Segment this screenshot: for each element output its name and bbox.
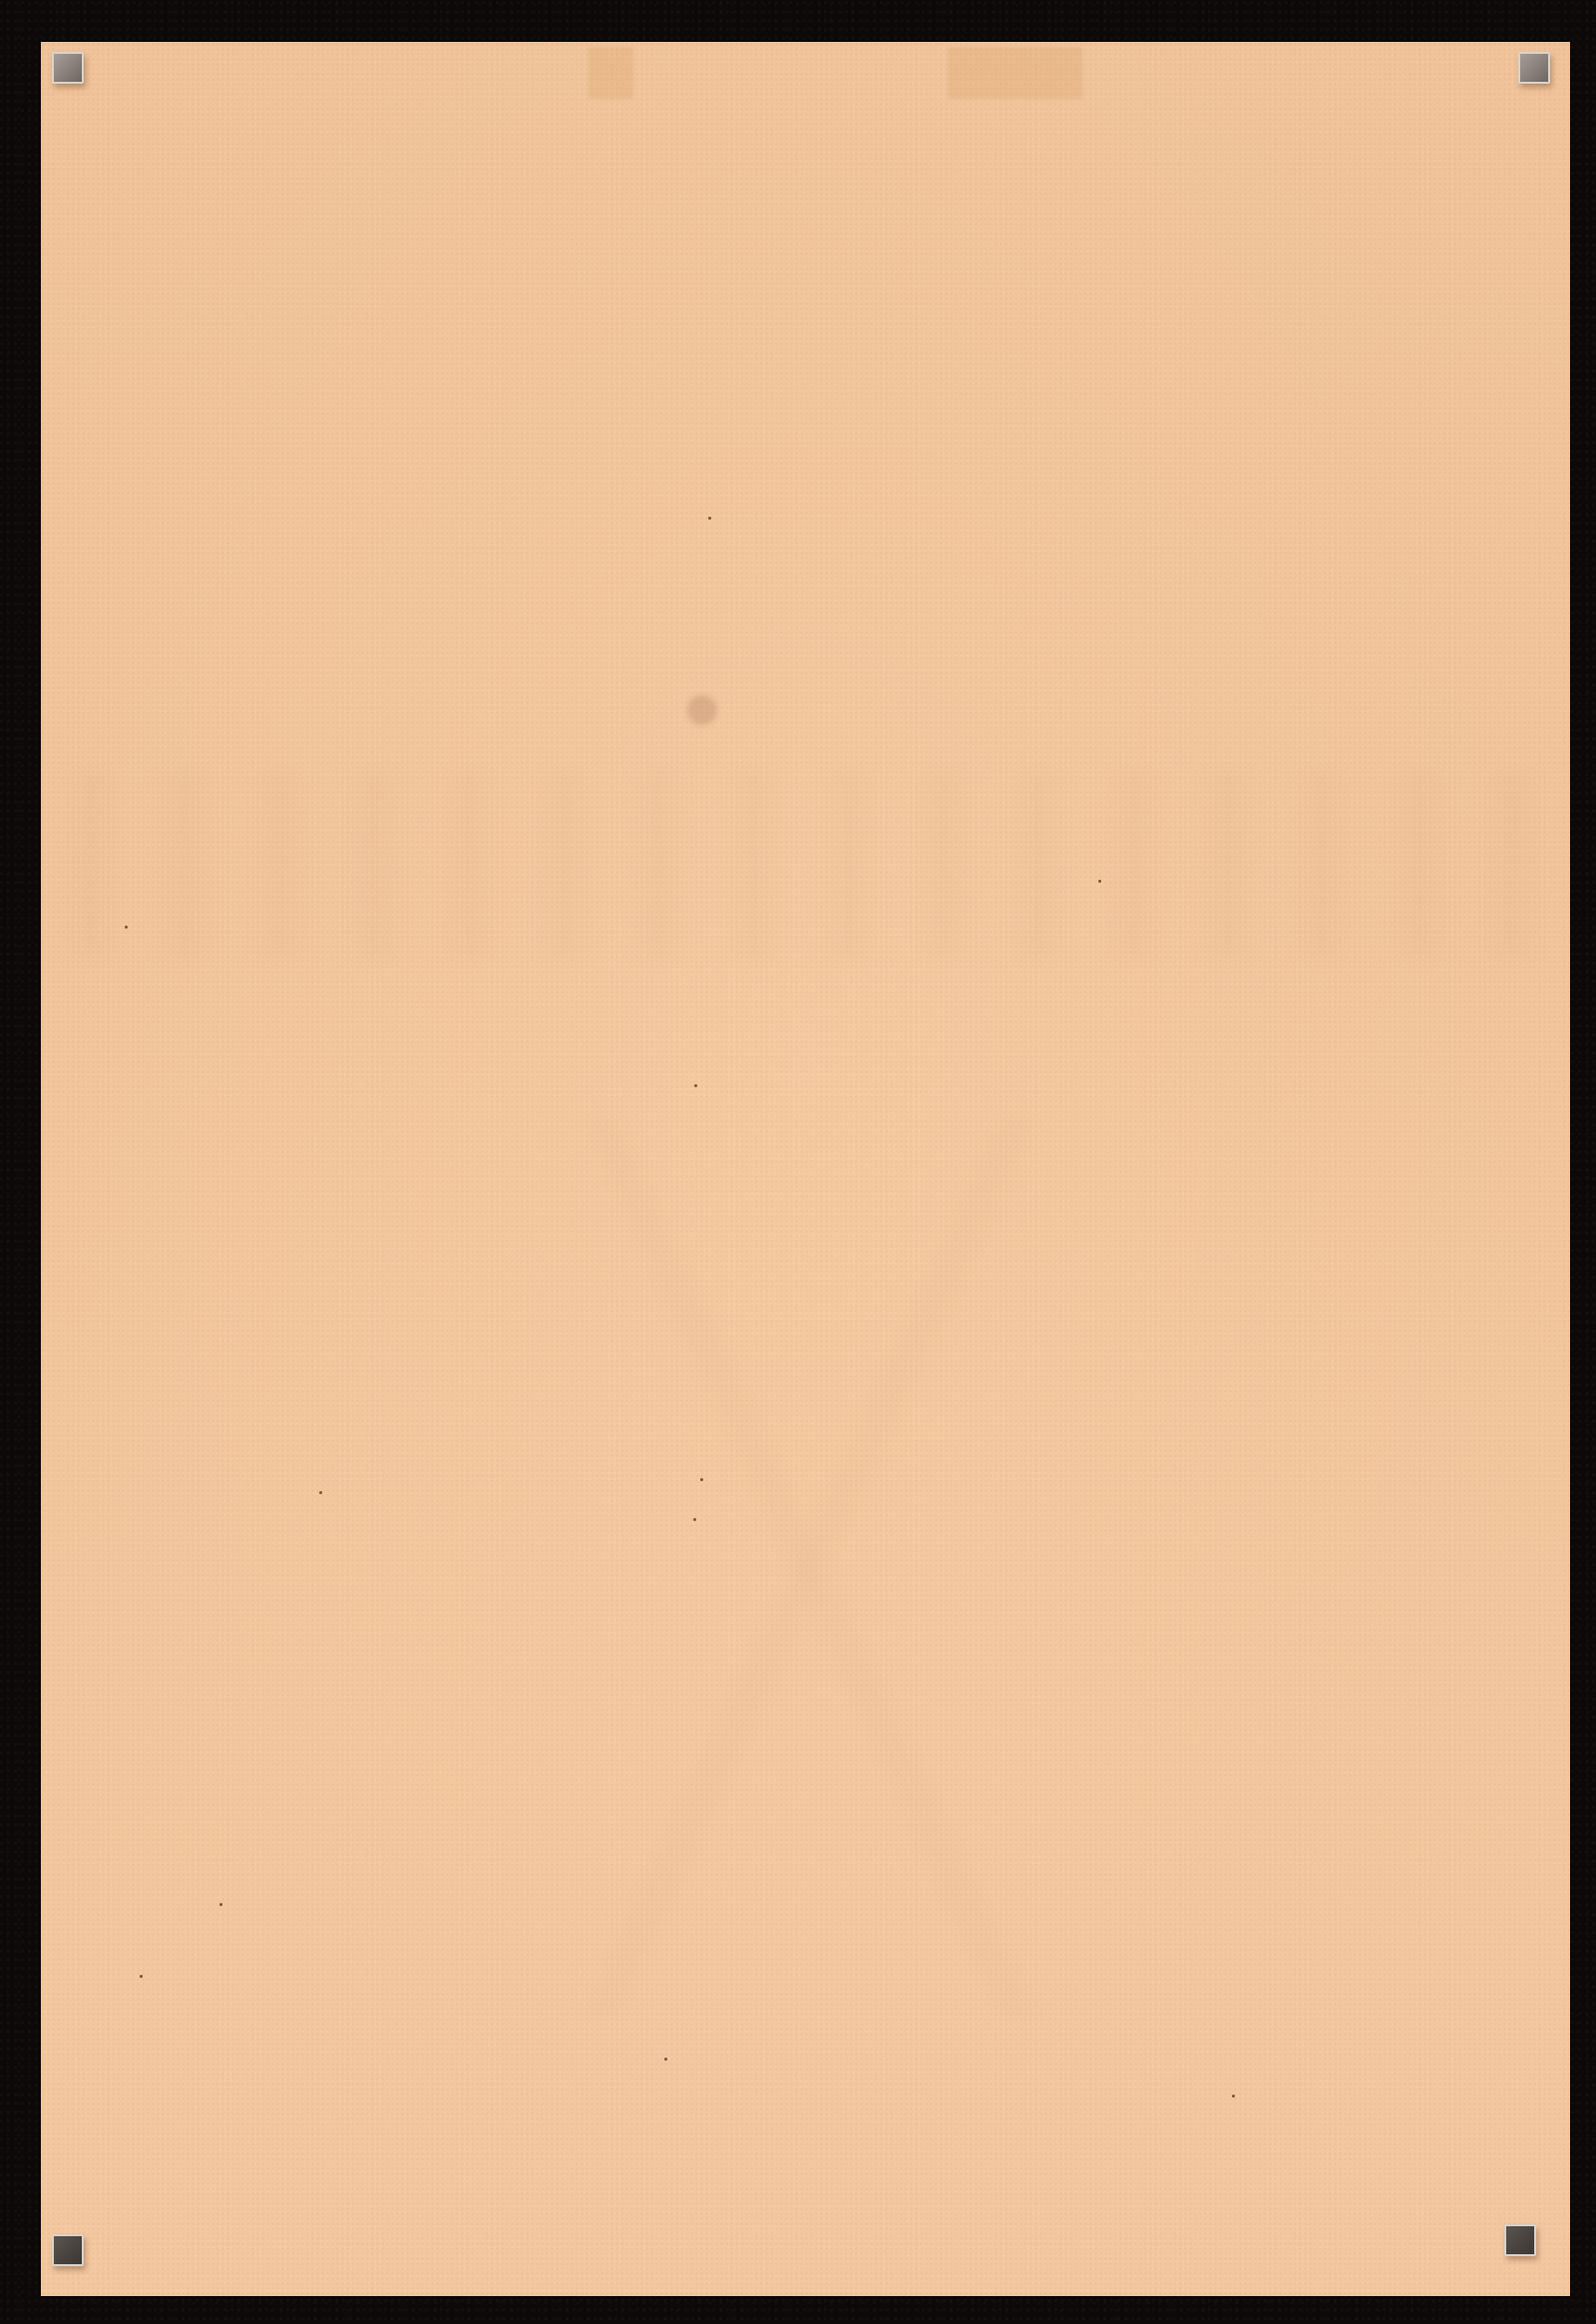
show-through-figure-ghost — [360, 1119, 1258, 2017]
speck — [694, 1084, 697, 1087]
speck — [125, 926, 128, 929]
smudge-mark — [687, 695, 717, 725]
speck — [219, 1903, 222, 1906]
speck — [140, 1975, 143, 1978]
speck — [1232, 2095, 1235, 2098]
speck — [664, 2058, 667, 2061]
speck — [700, 1478, 703, 1481]
poster-back-paper — [41, 42, 1570, 2296]
speck — [1098, 880, 1101, 883]
magnet-top-left — [52, 52, 84, 84]
tape-stain-right — [948, 47, 1082, 99]
magnet-top-right — [1518, 52, 1550, 84]
magnet-bottom-right — [1504, 2224, 1536, 2256]
show-through-title-ghost — [61, 770, 1550, 960]
speck — [708, 517, 711, 520]
speck — [319, 1491, 322, 1494]
magnet-bottom-left — [52, 2234, 84, 2266]
tape-stain-left — [589, 47, 633, 99]
speck — [693, 1518, 696, 1521]
